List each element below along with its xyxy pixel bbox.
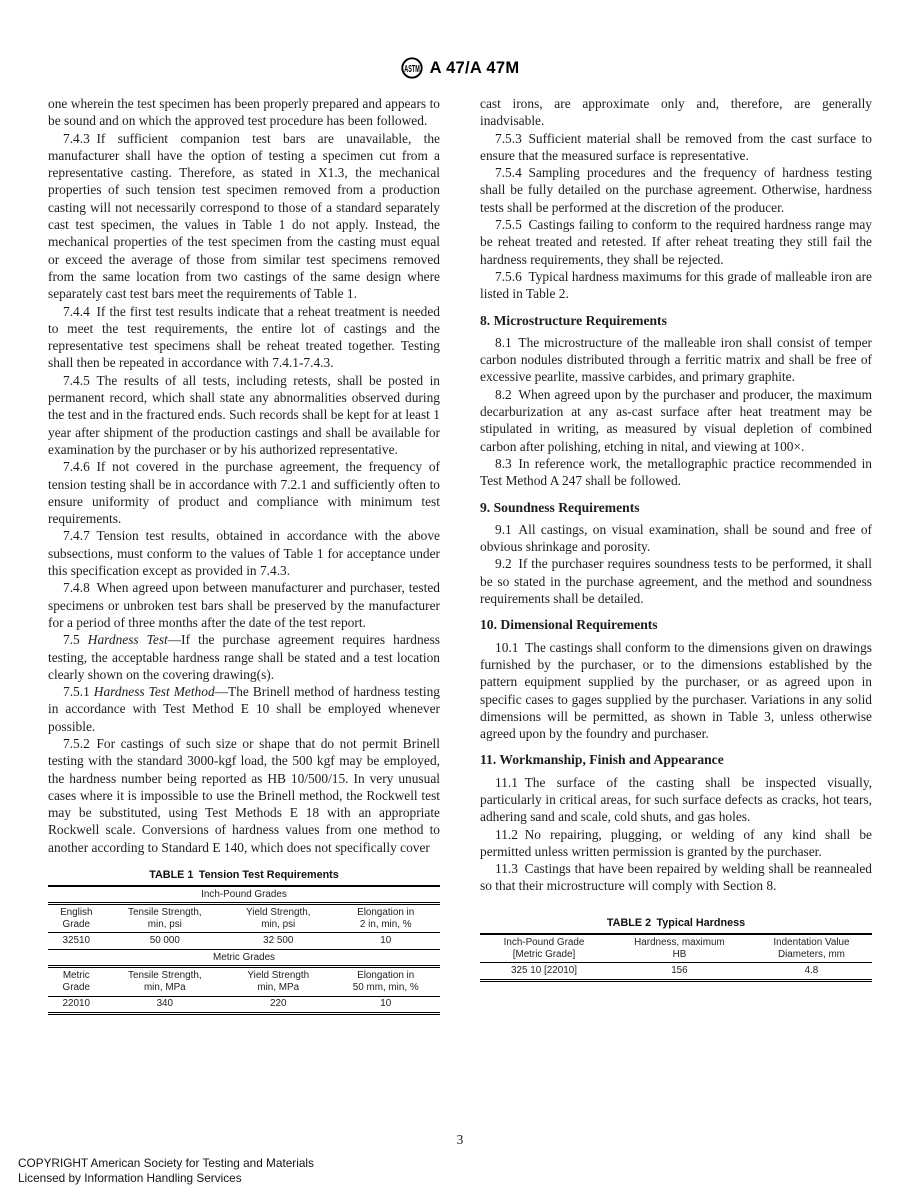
paragraph: 7.4.6 If not covered in the purchase agr… bbox=[48, 458, 440, 527]
table-group-header: Metric Grades bbox=[48, 950, 440, 967]
table-column-header: EnglishGrade bbox=[48, 903, 105, 933]
paragraph: 7.5.4 Sampling procedures and the freque… bbox=[480, 164, 872, 216]
table-row: 3251050 00032 50010 bbox=[48, 933, 440, 950]
table-cell: 4.8 bbox=[751, 963, 872, 981]
paragraph: 9.1 All castings, on visual examination,… bbox=[480, 521, 872, 556]
table-cell: 50 000 bbox=[105, 933, 226, 950]
table-cell: 220 bbox=[225, 996, 331, 1014]
paragraph: 7.4.8 When agreed upon between manufactu… bbox=[48, 579, 440, 631]
paragraph: 7.5.1 Hardness Test Method—The Brinell m… bbox=[48, 683, 440, 735]
table-column-header: Inch-Pound Grade[Metric Grade] bbox=[480, 934, 608, 963]
paragraph: 8.1 The microstructure of the malleable … bbox=[480, 334, 872, 386]
table-group-header: Inch-Pound Grades bbox=[48, 886, 440, 903]
table-caption: TABLE 1 Tension Test Requirements bbox=[48, 869, 440, 882]
left-column: one wherein the test specimen has been p… bbox=[48, 95, 440, 1015]
section-heading: 8. Microstructure Requirements bbox=[480, 312, 872, 329]
page-number: 3 bbox=[48, 1132, 872, 1148]
table-1: TABLE 1 Tension Test RequirementsInch-Po… bbox=[48, 869, 440, 1015]
paragraph: 7.5.6 Typical hardness maximums for this… bbox=[480, 268, 872, 303]
page-header: ASTM A 47/A 47M bbox=[0, 57, 920, 79]
paragraph: 10.1 The castings shall conform to the d… bbox=[480, 639, 872, 743]
paragraph: 7.5.2 For castings of such size or shape… bbox=[48, 735, 440, 856]
right-column-text: cast irons, are approximate only and, th… bbox=[480, 95, 872, 895]
table-column-header: Elongation in50 mm, min, % bbox=[331, 967, 440, 997]
paragraph: 7.5 Hardness Test—If the purchase agreem… bbox=[48, 631, 440, 683]
paragraph: 8.3 In reference work, the metallographi… bbox=[480, 455, 872, 490]
copyright-notice: COPYRIGHT American Society for Testing a… bbox=[18, 1156, 314, 1185]
table-cell: 22010 bbox=[48, 996, 105, 1014]
table-column-header: Tensile Strength,min, MPa bbox=[105, 967, 226, 997]
paragraph: 11.3 Castings that have been repaired by… bbox=[480, 860, 872, 895]
table-column-header: Indentation ValueDiameters, mm bbox=[751, 934, 872, 963]
data-table: Inch-Pound GradesEnglishGradeTensile Str… bbox=[48, 885, 440, 1015]
astm-logo-icon: ASTM bbox=[401, 57, 423, 79]
paragraph: 7.5.5 Castings failing to conform to the… bbox=[480, 216, 872, 268]
paragraph: 7.4.5 The results of all tests, includin… bbox=[48, 372, 440, 458]
paragraph: 9.2 If the purchaser requires soundness … bbox=[480, 555, 872, 607]
left-column-text: one wherein the test specimen has been p… bbox=[48, 95, 440, 856]
right-column: cast irons, are approximate only and, th… bbox=[480, 95, 872, 1015]
table-column-header: Hardness, maximumHB bbox=[608, 934, 751, 963]
content-columns: one wherein the test specimen has been p… bbox=[48, 95, 872, 1015]
table-cell: 32510 bbox=[48, 933, 105, 950]
paragraph: 8.2 When agreed upon by the purchaser an… bbox=[480, 386, 872, 455]
table-2: TABLE 2 Typical HardnessInch-Pound Grade… bbox=[480, 917, 872, 982]
table-row: 2201034022010 bbox=[48, 996, 440, 1014]
paragraph: 7.4.7 Tension test results, obtained in … bbox=[48, 527, 440, 579]
paragraph: 7.4.4 If the first test results indicate… bbox=[48, 303, 440, 372]
section-heading: 9. Soundness Requirements bbox=[480, 499, 872, 516]
table-column-header: Elongation in2 in, min, % bbox=[331, 903, 440, 933]
data-table: Inch-Pound Grade[Metric Grade]Hardness, … bbox=[480, 933, 872, 982]
table-cell: 32 500 bbox=[225, 933, 331, 950]
copyright-line-1: COPYRIGHT American Society for Testing a… bbox=[18, 1156, 314, 1171]
section-heading: 10. Dimensional Requirements bbox=[480, 616, 872, 633]
table-column-header: Yield Strengthmin, MPa bbox=[225, 967, 331, 997]
table-cell: 156 bbox=[608, 963, 751, 981]
table-cell: 325 10 [22010] bbox=[480, 963, 608, 981]
paragraph: one wherein the test specimen has been p… bbox=[48, 95, 440, 130]
table-column-header: Yield Strength,min, psi bbox=[225, 903, 331, 933]
table-caption: TABLE 2 Typical Hardness bbox=[480, 917, 872, 930]
paragraph: 7.5.3 Sufficient material shall be remov… bbox=[480, 130, 872, 165]
document-title: A 47/A 47M bbox=[430, 59, 520, 78]
paragraph: 7.4.3 If sufficient companion test bars … bbox=[48, 130, 440, 303]
table-column-header: MetricGrade bbox=[48, 967, 105, 997]
copyright-line-2: Licensed by Information Handling Service… bbox=[18, 1171, 314, 1186]
paragraph: 11.2 No repairing, plugging, or welding … bbox=[480, 826, 872, 861]
table-cell: 340 bbox=[105, 996, 226, 1014]
table-column-header: Tensile Strength,min, psi bbox=[105, 903, 226, 933]
paragraph: cast irons, are approximate only and, th… bbox=[480, 95, 872, 130]
paragraph: 11.1 The surface of the casting shall be… bbox=[480, 774, 872, 826]
section-heading: 11. Workmanship, Finish and Appearance bbox=[480, 751, 872, 768]
table-row: 325 10 [22010]1564.8 bbox=[480, 963, 872, 981]
table-cell: 10 bbox=[331, 933, 440, 950]
astm-logo-text: ASTM bbox=[404, 63, 420, 75]
table-cell: 10 bbox=[331, 996, 440, 1014]
